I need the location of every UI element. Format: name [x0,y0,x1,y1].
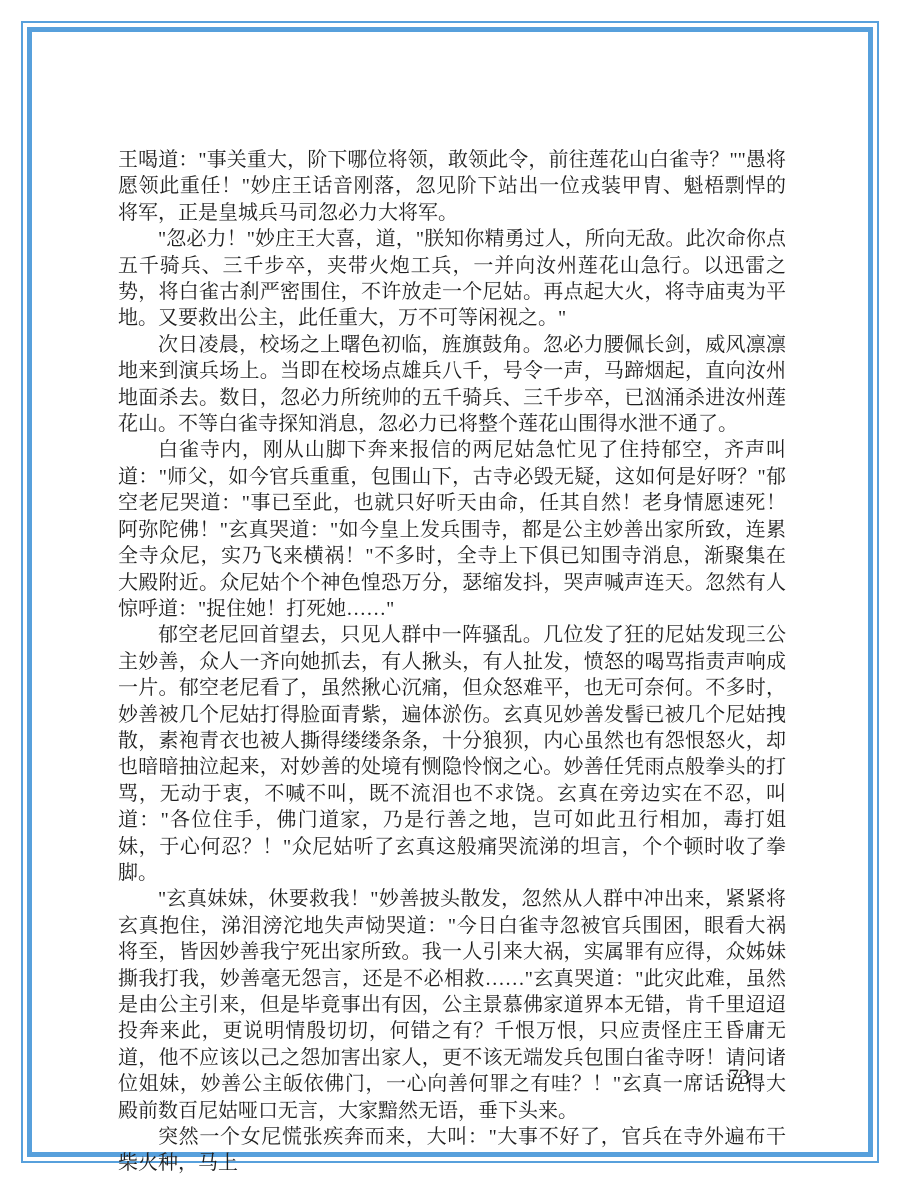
page-number: 73 [728,1064,750,1090]
page-text-block: 王喝道："事关重大，阶下哪位将领，敢领此令，前往莲花山白雀寺？""愚将愿领此重任… [118,147,786,1177]
paragraph: 白雀寺内，刚从山脚下奔来报信的两尼姑急忙见了住持郁空，齐声叫道："师父，如今官兵… [118,437,786,622]
paragraph: 郁空老尼回首望去，只见人群中一阵骚乱。几位发了狂的尼姑发现三公主妙善，众人一齐向… [118,622,786,886]
paragraph: "忽必力！"妙庄王大喜，道，"朕知你精勇过人，所向无敌。此次命你点五千骑兵、三千… [118,226,786,332]
paragraph: "玄真妹妹，休要救我！"妙善披头散发，忽然从人群中冲出来，紧紧将玄真抱住，涕泪滂… [118,886,786,1124]
paragraph: 次日凌晨，校场之上曙色初临，旌旗鼓角。忽必力腰佩长剑，威风凛凛地来到演兵场上。当… [118,332,786,438]
paragraph-continuation: 王喝道："事关重大，阶下哪位将领，敢领此令，前往莲花山白雀寺？""愚将愿领此重任… [118,147,786,226]
paragraph: 突然一个女尼慌张疾奔而来，大叫："大事不好了，官兵在寺外遍布干柴火种，马上 [118,1124,786,1177]
